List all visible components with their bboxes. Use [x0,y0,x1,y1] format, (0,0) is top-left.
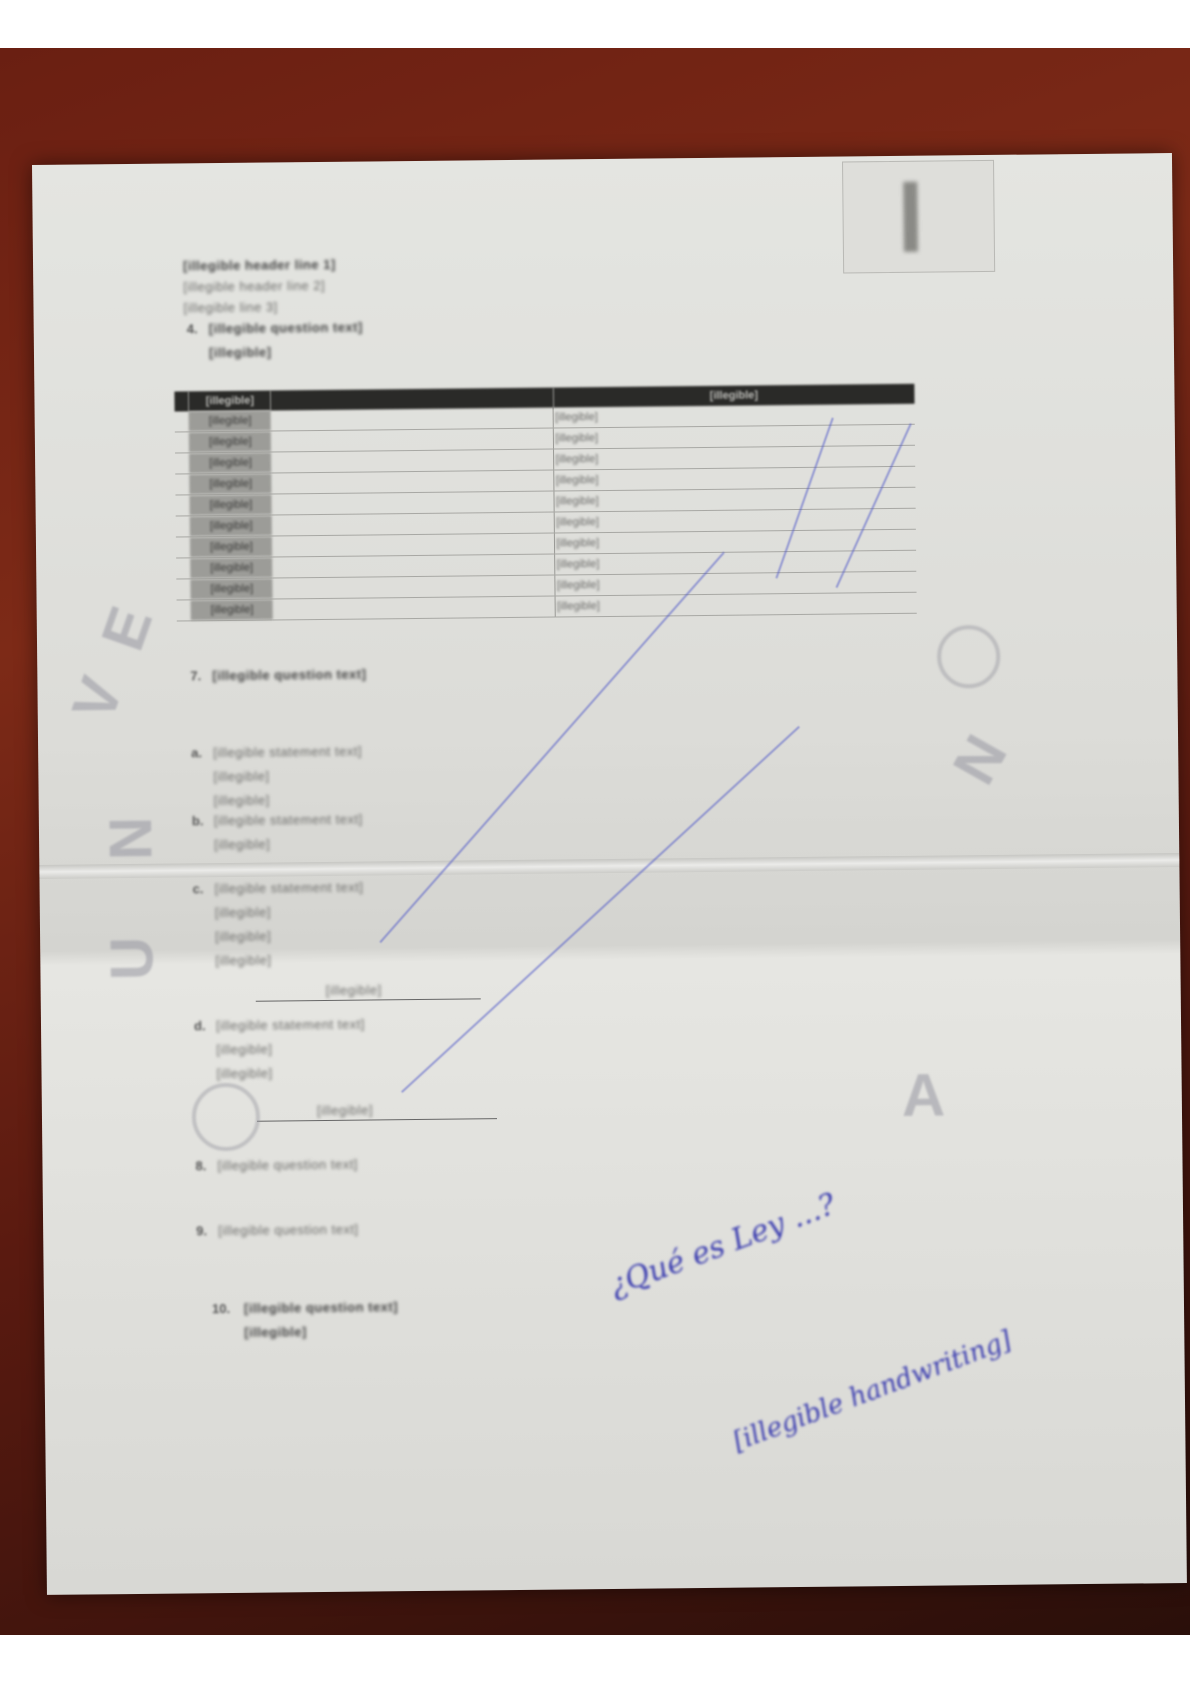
table-cell [175,495,190,516]
watermark-letter: E [88,598,166,659]
statement-a: a. [illegible statement text] [illegible… [213,737,974,817]
question-number: 4. [187,321,198,336]
table-cell: [illegible] [190,473,272,495]
table-cell [176,537,191,558]
statement-text: [illegible statement text] [216,1010,976,1033]
question-10: 10. [illegible question text] [illegible… [244,1293,1004,1349]
stamp-mark [903,182,918,252]
statement-text: [illegible] [216,1034,976,1057]
question-number: 8. [195,1158,206,1173]
statement-text: [illegible] [214,829,974,852]
table-cell [175,453,190,474]
table-cell [175,474,190,495]
statement-text: [illegible] [215,897,975,920]
table-cell [175,432,190,453]
handwriting: ¿Qué es Ley ...? [605,1187,841,1304]
table-cell: [illegible] [189,431,271,453]
question-9: 9. [illegible question text] [218,1215,978,1247]
table-cell: [illegible] [190,557,272,579]
question-text: [illegible] [244,1317,1004,1340]
question-number: b. [192,813,204,828]
table-cell: [illegible] [189,452,271,474]
header-line: [illegible line 3] [183,299,336,316]
paper-sheet: [illegible header line 1] [illegible hea… [32,153,1187,1595]
question-number: 10. [212,1301,230,1316]
header-line: [illegible header line 1] [183,257,336,274]
question-text: [illegible question text] [217,1150,977,1173]
table-cell [177,600,192,621]
statement-d: d. [illegible statement text] [illegible… [216,1010,977,1090]
handwriting: [illegible handwriting] [729,1325,1016,1457]
statement-text: [illegible] [215,921,975,944]
table-cell [176,558,191,579]
statement-text: [illegible] [214,785,974,808]
table-cell [272,512,555,536]
watermark-letter: A [901,1060,945,1129]
question-8: 8. [illegible question text] [217,1150,977,1182]
watermark-letter: U [97,936,166,980]
table-cell [175,411,190,432]
question-number: d. [194,1018,206,1033]
table-cell [272,554,555,578]
answer-text: [illegible] [326,982,382,998]
watermark-circle [192,1083,261,1152]
table-cell [272,533,555,557]
question-number: a. [191,745,202,760]
stamp-box [842,160,995,274]
question-number: 9. [196,1223,207,1238]
question-number: 7. [190,668,201,683]
question-7: 7. [illegible question text] [212,660,972,692]
table-cell [272,491,555,515]
table-header: [illegible] [189,391,271,412]
table-cell: [illegible] [555,592,916,617]
question-text: [illegible question text] [218,1215,978,1238]
table-cell [272,470,555,494]
statement-text: [illegible statement text] [213,737,973,760]
table-cell [271,408,554,431]
table-cell: [illegible] [190,536,272,558]
table-cell [271,428,554,452]
data-table: [illegible] [illegible] [illegible][ille… [174,384,916,622]
table-cell [176,516,191,537]
table-cell: [illegible] [189,411,271,432]
document-header: [illegible header line 1] [illegible hea… [183,257,336,322]
top-margin [0,0,1190,48]
question-text: [illegible question text] [212,660,972,683]
watermark-letter: N [96,816,165,860]
watermark-letter: V [58,669,136,730]
statement-text: [illegible] [215,945,975,968]
table-cell: [illegible] [190,494,272,516]
answer-line: [illegible] [256,980,481,1001]
statement-c: c. [illegible statement text] [illegible… [215,873,976,977]
table-cell [176,579,191,600]
statement-text: [illegible] [213,761,973,784]
header-line: [illegible header line 2] [183,278,336,295]
table-cell: [illegible] [191,578,273,600]
watermark-circle [937,625,1001,689]
question-text: [illegible] [209,337,969,360]
statement-text: [illegible] [216,1058,976,1081]
table-cell: [illegible] [190,515,272,537]
table-header [174,391,189,411]
table-cell: [illegible] [191,599,273,621]
bottom-margin [0,1635,1190,1684]
table-cell [271,449,554,473]
table-cell [273,596,556,620]
question-4: 4. [illegible question text] [illegible] [209,313,969,369]
statement-b: b. [illegible statement text] [illegible… [214,805,974,861]
statement-text: [illegible statement text] [215,873,975,896]
answer-line: [illegible] [257,1100,497,1122]
question-number: c. [193,881,204,896]
answer-text: [illegible] [317,1102,373,1118]
table-cell [273,575,556,599]
